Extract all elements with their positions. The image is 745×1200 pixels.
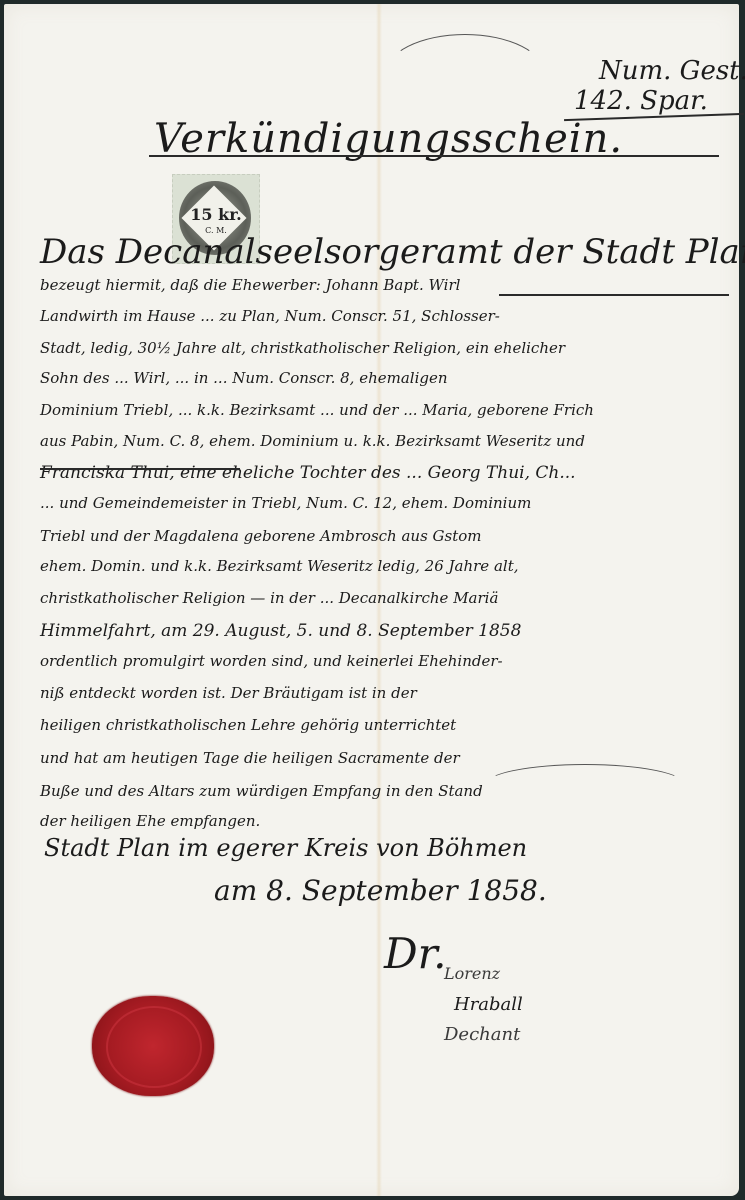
signature-surname: Hraball (454, 994, 523, 1015)
document-page: Num. Gest. 142. Spar. Verkündigungsschei… (4, 4, 739, 1196)
body-line: Himmelfahrt, am 29. August, 5. und 8. Se… (40, 621, 521, 641)
body-line: niß entdeckt worden ist. Der Bräutigam i… (40, 684, 417, 702)
issuing-office-heading: Das Decanalseelsorgeramt der Stadt Plan (40, 232, 745, 272)
signature-title: Dr. (384, 929, 447, 978)
issue-date: am 8. September 1858. (214, 874, 547, 907)
name-underline (499, 294, 729, 296)
body-line: Landwirth im Hause ... zu Plan, Num. Con… (40, 307, 500, 325)
body-line: Sohn des ... Wirl, ... in ... Num. Consc… (40, 369, 448, 387)
issue-place: Stadt Plan im egerer Kreis von Böhmen (44, 834, 527, 862)
body-line: christkatholischer Religion — in der ...… (40, 589, 498, 607)
signature-first-name: Lorenz (444, 964, 500, 983)
body-line: ordentlich promulgirt worden sind, und k… (40, 652, 503, 670)
text-flourish (484, 764, 686, 806)
title-flourish (384, 34, 546, 116)
body-line: bezeugt hiermit, daß die Ehewerber: Joha… (40, 276, 460, 294)
signature-role: Dechant (444, 1024, 520, 1045)
body-line: Buße und des Altars zum würdigen Empfang… (40, 782, 483, 800)
body-line: und hat am heutigen Tage die heiligen Sa… (40, 749, 460, 767)
body-line: ehem. Domin. und k.k. Bezirksamt Weserit… (40, 557, 519, 575)
body-line: Dominium Triebl, ... k.k. Bezirksamt ...… (40, 401, 594, 419)
stamp-value: 15 kr. (173, 205, 259, 224)
body-line: Triebl und der Magdalena geborene Ambros… (40, 527, 482, 545)
body-line: Franciska Thui, eine eheliche Tochter de… (40, 463, 576, 483)
reference-number-label: Num. Gest. (599, 56, 745, 86)
body-line: heiligen christkatholischen Lehre gehöri… (40, 716, 456, 734)
wax-seal (92, 996, 214, 1096)
seal-emblem-icon (106, 1006, 202, 1088)
title-underline (149, 155, 719, 157)
body-line: ... und Gemeindemeister in Triebl, Num. … (40, 494, 531, 512)
body-line: der heiligen Ehe empfangen. (40, 812, 260, 830)
body-line: aus Pabin, Num. C. 8, ehem. Dominium u. … (40, 432, 585, 450)
name-underline (40, 468, 240, 470)
reference-number-value: 142. Spar. (574, 86, 708, 116)
body-line: Stadt, ledig, 30½ Jahre alt, christkatho… (40, 339, 565, 357)
